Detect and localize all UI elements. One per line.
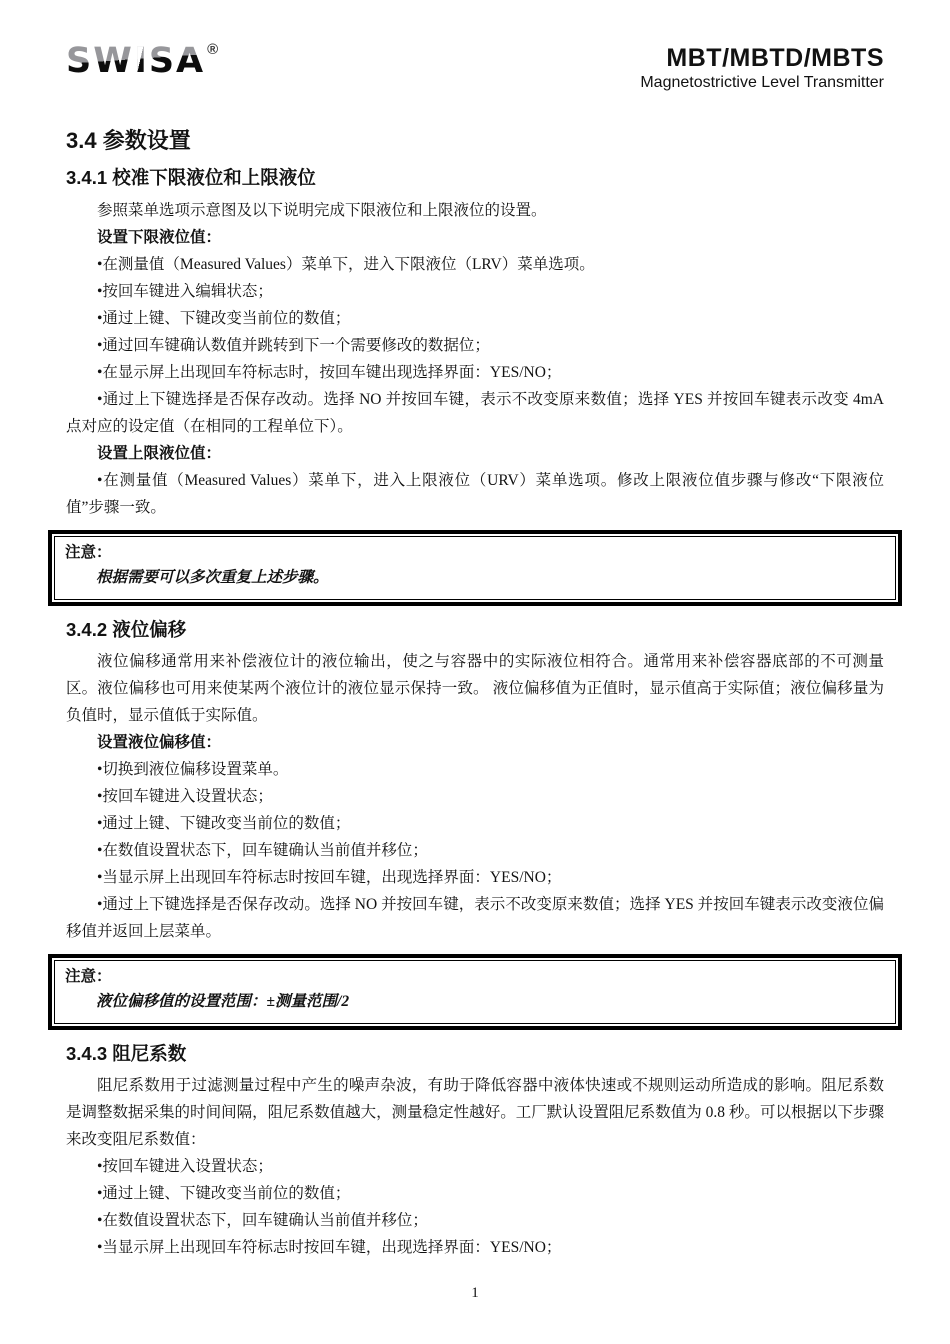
list-item: •通过上键、下键改变当前位的数值； xyxy=(66,1180,884,1207)
list-item: •通过上键、下键改变当前位的数值； xyxy=(66,305,884,332)
section-heading-3-4: 3.4 参数设置 xyxy=(66,128,884,154)
list-item: •通过上下键选择是否保存改动。选择 NO 并按回车键，表示不改变原来数值；选择 … xyxy=(66,386,884,440)
list-item: •按回车键进入设置状态； xyxy=(66,1153,884,1180)
section-3-4-1: 3.4.1 校准下限液位和上限液位 参照菜单选项示意图及以下说明完成下限液位和上… xyxy=(66,167,884,605)
notice-box: 注意： 根据需要可以多次重复上述步骤。 xyxy=(48,530,902,606)
list-item: •通过上键、下键改变当前位的数值； xyxy=(66,810,884,837)
notice-label: 注意： xyxy=(65,540,885,565)
swisa-logo-text: SWISA xyxy=(66,41,205,81)
notice-text: 液位偏移值的设置范围：±测量范围/2 xyxy=(65,989,885,1015)
bold-label-set-offset: 设置液位偏移值： xyxy=(66,729,884,756)
bold-label-set-lrv: 设置下限液位值： xyxy=(66,224,884,251)
page-number: 1 xyxy=(0,1285,950,1302)
list-item: •在测量值（Measured Values）菜单下，进入下限液位（LRV）菜单选… xyxy=(66,251,884,278)
paragraph: 阻尼系数用于过滤测量过程中产生的噪声杂波，有助于降低容器中液体快速或不规则运动所… xyxy=(66,1072,884,1153)
list-item: •在数值设置状态下，回车键确认当前值并移位； xyxy=(66,1207,884,1234)
list-item: •按回车键进入设置状态； xyxy=(66,783,884,810)
notice-label: 注意： xyxy=(65,964,885,989)
swisa-logo: SWISA® xyxy=(66,44,216,79)
notice-box: 注意： 液位偏移值的设置范围：±测量范围/2 xyxy=(48,954,902,1030)
paragraph: 液位偏移通常用来补偿液位计的液位输出，使之与容器中的实际液位相符合。通常用来补偿… xyxy=(66,648,884,729)
list-item: •通过上下键选择是否保存改动。选择 NO 并按回车键，表示不改变原来数值；选择 … xyxy=(66,891,884,945)
section-3-4-3: 3.4.3 阻尼系数 阻尼系数用于过滤测量过程中产生的噪声杂波，有助于降低容器中… xyxy=(66,1043,884,1261)
list-item: •通过回车键确认数值并跳转到下一个需要修改的数据位； xyxy=(66,332,884,359)
list-item: •在测量值（Measured Values）菜单下，进入上限液位（URV）菜单选… xyxy=(66,467,884,521)
notice-box-inner: 注意： 根据需要可以多次重复上述步骤。 xyxy=(54,536,896,600)
section-3-4-2: 3.4.2 液位偏移 液位偏移通常用来补偿液位计的液位输出，使之与容器中的实际液… xyxy=(66,619,884,1030)
list-item: •当显示屏上出现回车符标志时按回车键，出现选择界面：YES/NO； xyxy=(66,864,884,891)
section-heading-3-4-1: 3.4.1 校准下限液位和上限液位 xyxy=(66,167,884,189)
product-title: MBT/MBTD/MBTS xyxy=(640,44,884,73)
section-heading-3-4-3: 3.4.3 阻尼系数 xyxy=(66,1043,884,1065)
document-page: SWISA® MBT/MBTD/MBTS Magnetostrictive Le… xyxy=(0,0,950,1261)
list-item: •在显示屏上出现回车符标志时，按回车键出现选择界面：YES/NO； xyxy=(66,359,884,386)
list-item: •切换到液位偏移设置菜单。 xyxy=(66,756,884,783)
section-heading-3-4-2: 3.4.2 液位偏移 xyxy=(66,619,884,641)
registered-trademark-icon: ® xyxy=(207,41,218,58)
page-header: SWISA® MBT/MBTD/MBTS Magnetostrictive Le… xyxy=(66,44,884,108)
list-item: •按回车键进入编辑状态； xyxy=(66,278,884,305)
paragraph: 参照菜单选项示意图及以下说明完成下限液位和上限液位的设置。 xyxy=(66,197,884,224)
list-item: •在数值设置状态下，回车键确认当前值并移位； xyxy=(66,837,884,864)
product-title-block: MBT/MBTD/MBTS Magnetostrictive Level Tra… xyxy=(640,44,884,93)
notice-box-inner: 注意： 液位偏移值的设置范围：±测量范围/2 xyxy=(54,960,896,1024)
product-subtitle: Magnetostrictive Level Transmitter xyxy=(640,73,884,93)
notice-text: 根据需要可以多次重复上述步骤。 xyxy=(65,565,885,591)
bold-label-set-urv: 设置上限液位值： xyxy=(66,440,884,467)
list-item: •当显示屏上出现回车符标志时按回车键，出现选择界面：YES/NO； xyxy=(66,1234,884,1261)
